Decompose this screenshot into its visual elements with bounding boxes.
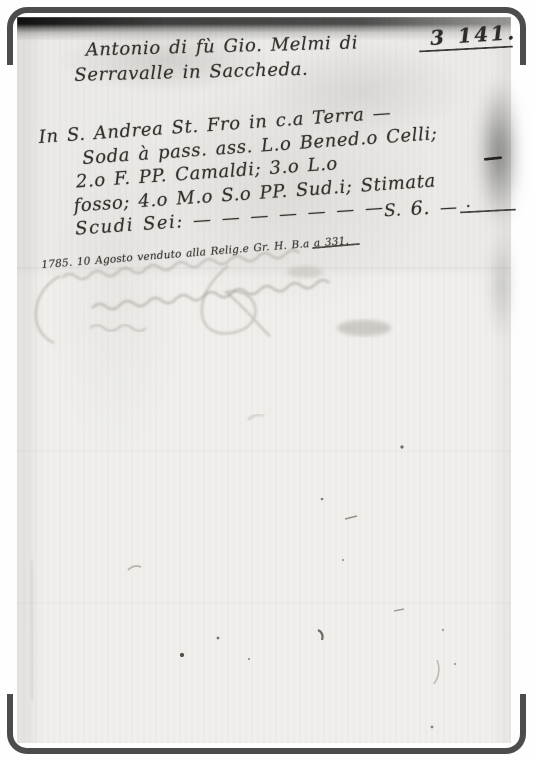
fold-line	[17, 267, 511, 270]
right-edge-shadow	[478, 78, 520, 228]
scanned-manuscript-page: 3 141. Antonio di fù Gio. Melmi di Serra…	[0, 0, 533, 760]
amount-currency-abbrev: S.	[384, 200, 403, 221]
right-edge-shadow-lower	[488, 230, 514, 340]
fold-line	[17, 450, 511, 453]
amount-dashes: — ·	[439, 197, 472, 219]
amount-value: 6.	[410, 197, 430, 220]
amount-entry: S.6.— ·	[383, 195, 472, 222]
heading-block: Antonio di fù Gio. Melmi di Serravalle i…	[85, 30, 359, 87]
fold-line	[17, 602, 511, 605]
